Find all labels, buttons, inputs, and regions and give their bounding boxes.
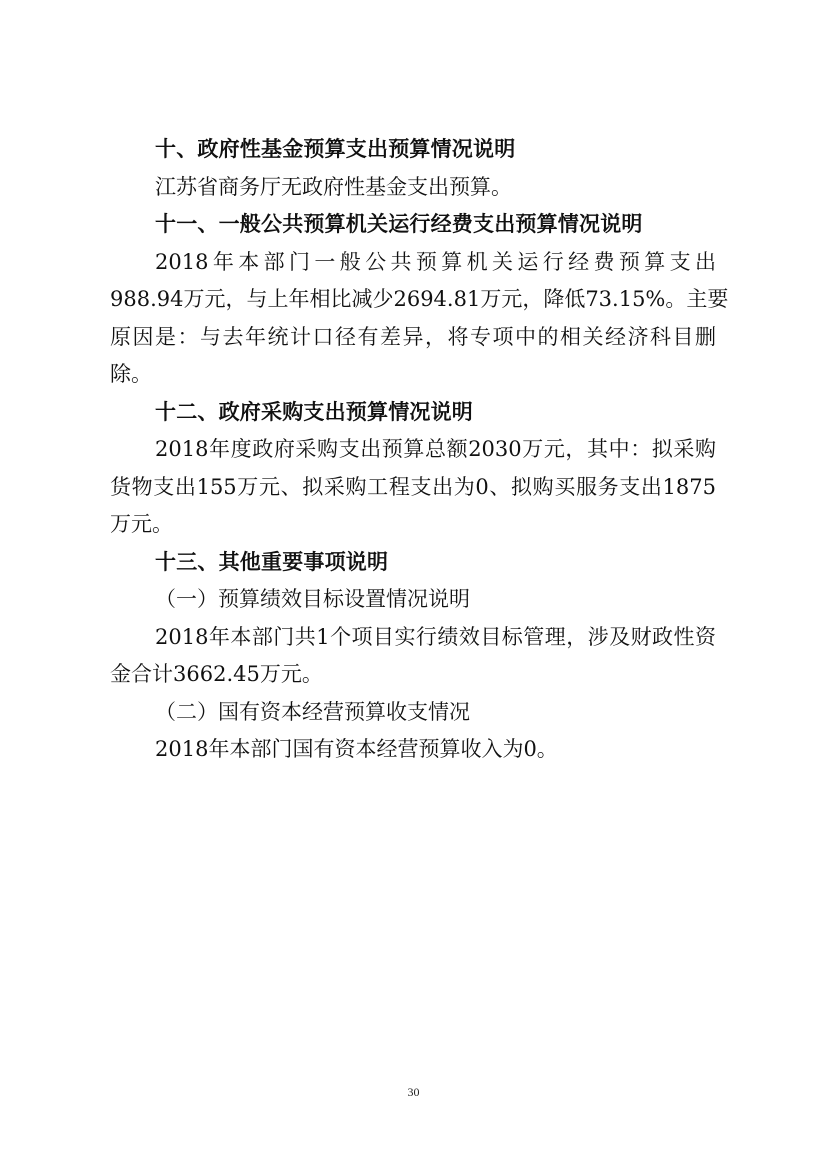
section-heading-10: 十、政府性基金预算支出预算情况说明 [110, 131, 716, 169]
section-12-paragraph-line-1: 2018年度政府采购支出预算总额2030万元，其中：拟采购 [110, 431, 716, 469]
section-heading-11: 十一、一般公共预算机关运行经费支出预算情况说明 [110, 206, 716, 244]
subsection-2-paragraph: 2018年本部门国有资本经营预算收入为0。 [110, 731, 716, 769]
section-11-paragraph-line-1: 2018年本部门一般公共预算机关运行经费预算支出 [110, 244, 716, 282]
section-11-paragraph-line-2: 988.94万元，与上年相比减少2694.81万元，降低73.15%。主要 [110, 281, 716, 319]
page-number: 30 [0, 1085, 827, 1100]
section-10-paragraph: 江苏省商务厅无政府性基金支出预算。 [110, 169, 716, 207]
section-12-paragraph-line-2: 货物支出155万元、拟采购工程支出为0、拟购买服务支出1875 [110, 469, 716, 507]
section-heading-12: 十二、政府采购支出预算情况说明 [110, 394, 716, 432]
document-page: 十、政府性基金预算支出预算情况说明 江苏省商务厅无政府性基金支出预算。 十一、一… [110, 131, 716, 769]
subsection-1-paragraph-line-1: 2018年本部门共1个项目实行绩效目标管理，涉及财政性资 [110, 619, 716, 657]
subsection-heading-1: （一）预算绩效目标设置情况说明 [110, 581, 716, 619]
section-11-paragraph-line-4: 除。 [110, 356, 716, 394]
section-11-paragraph-line-3: 原因是：与去年统计口径有差异，将专项中的相关经济科目删 [110, 319, 716, 357]
subsection-heading-2: （二）国有资本经营预算收支情况 [110, 694, 716, 732]
subsection-1-paragraph-line-2: 金合计3662.45万元。 [110, 656, 716, 694]
section-12-paragraph-line-3: 万元。 [110, 506, 716, 544]
section-heading-13: 十三、其他重要事项说明 [110, 544, 716, 582]
